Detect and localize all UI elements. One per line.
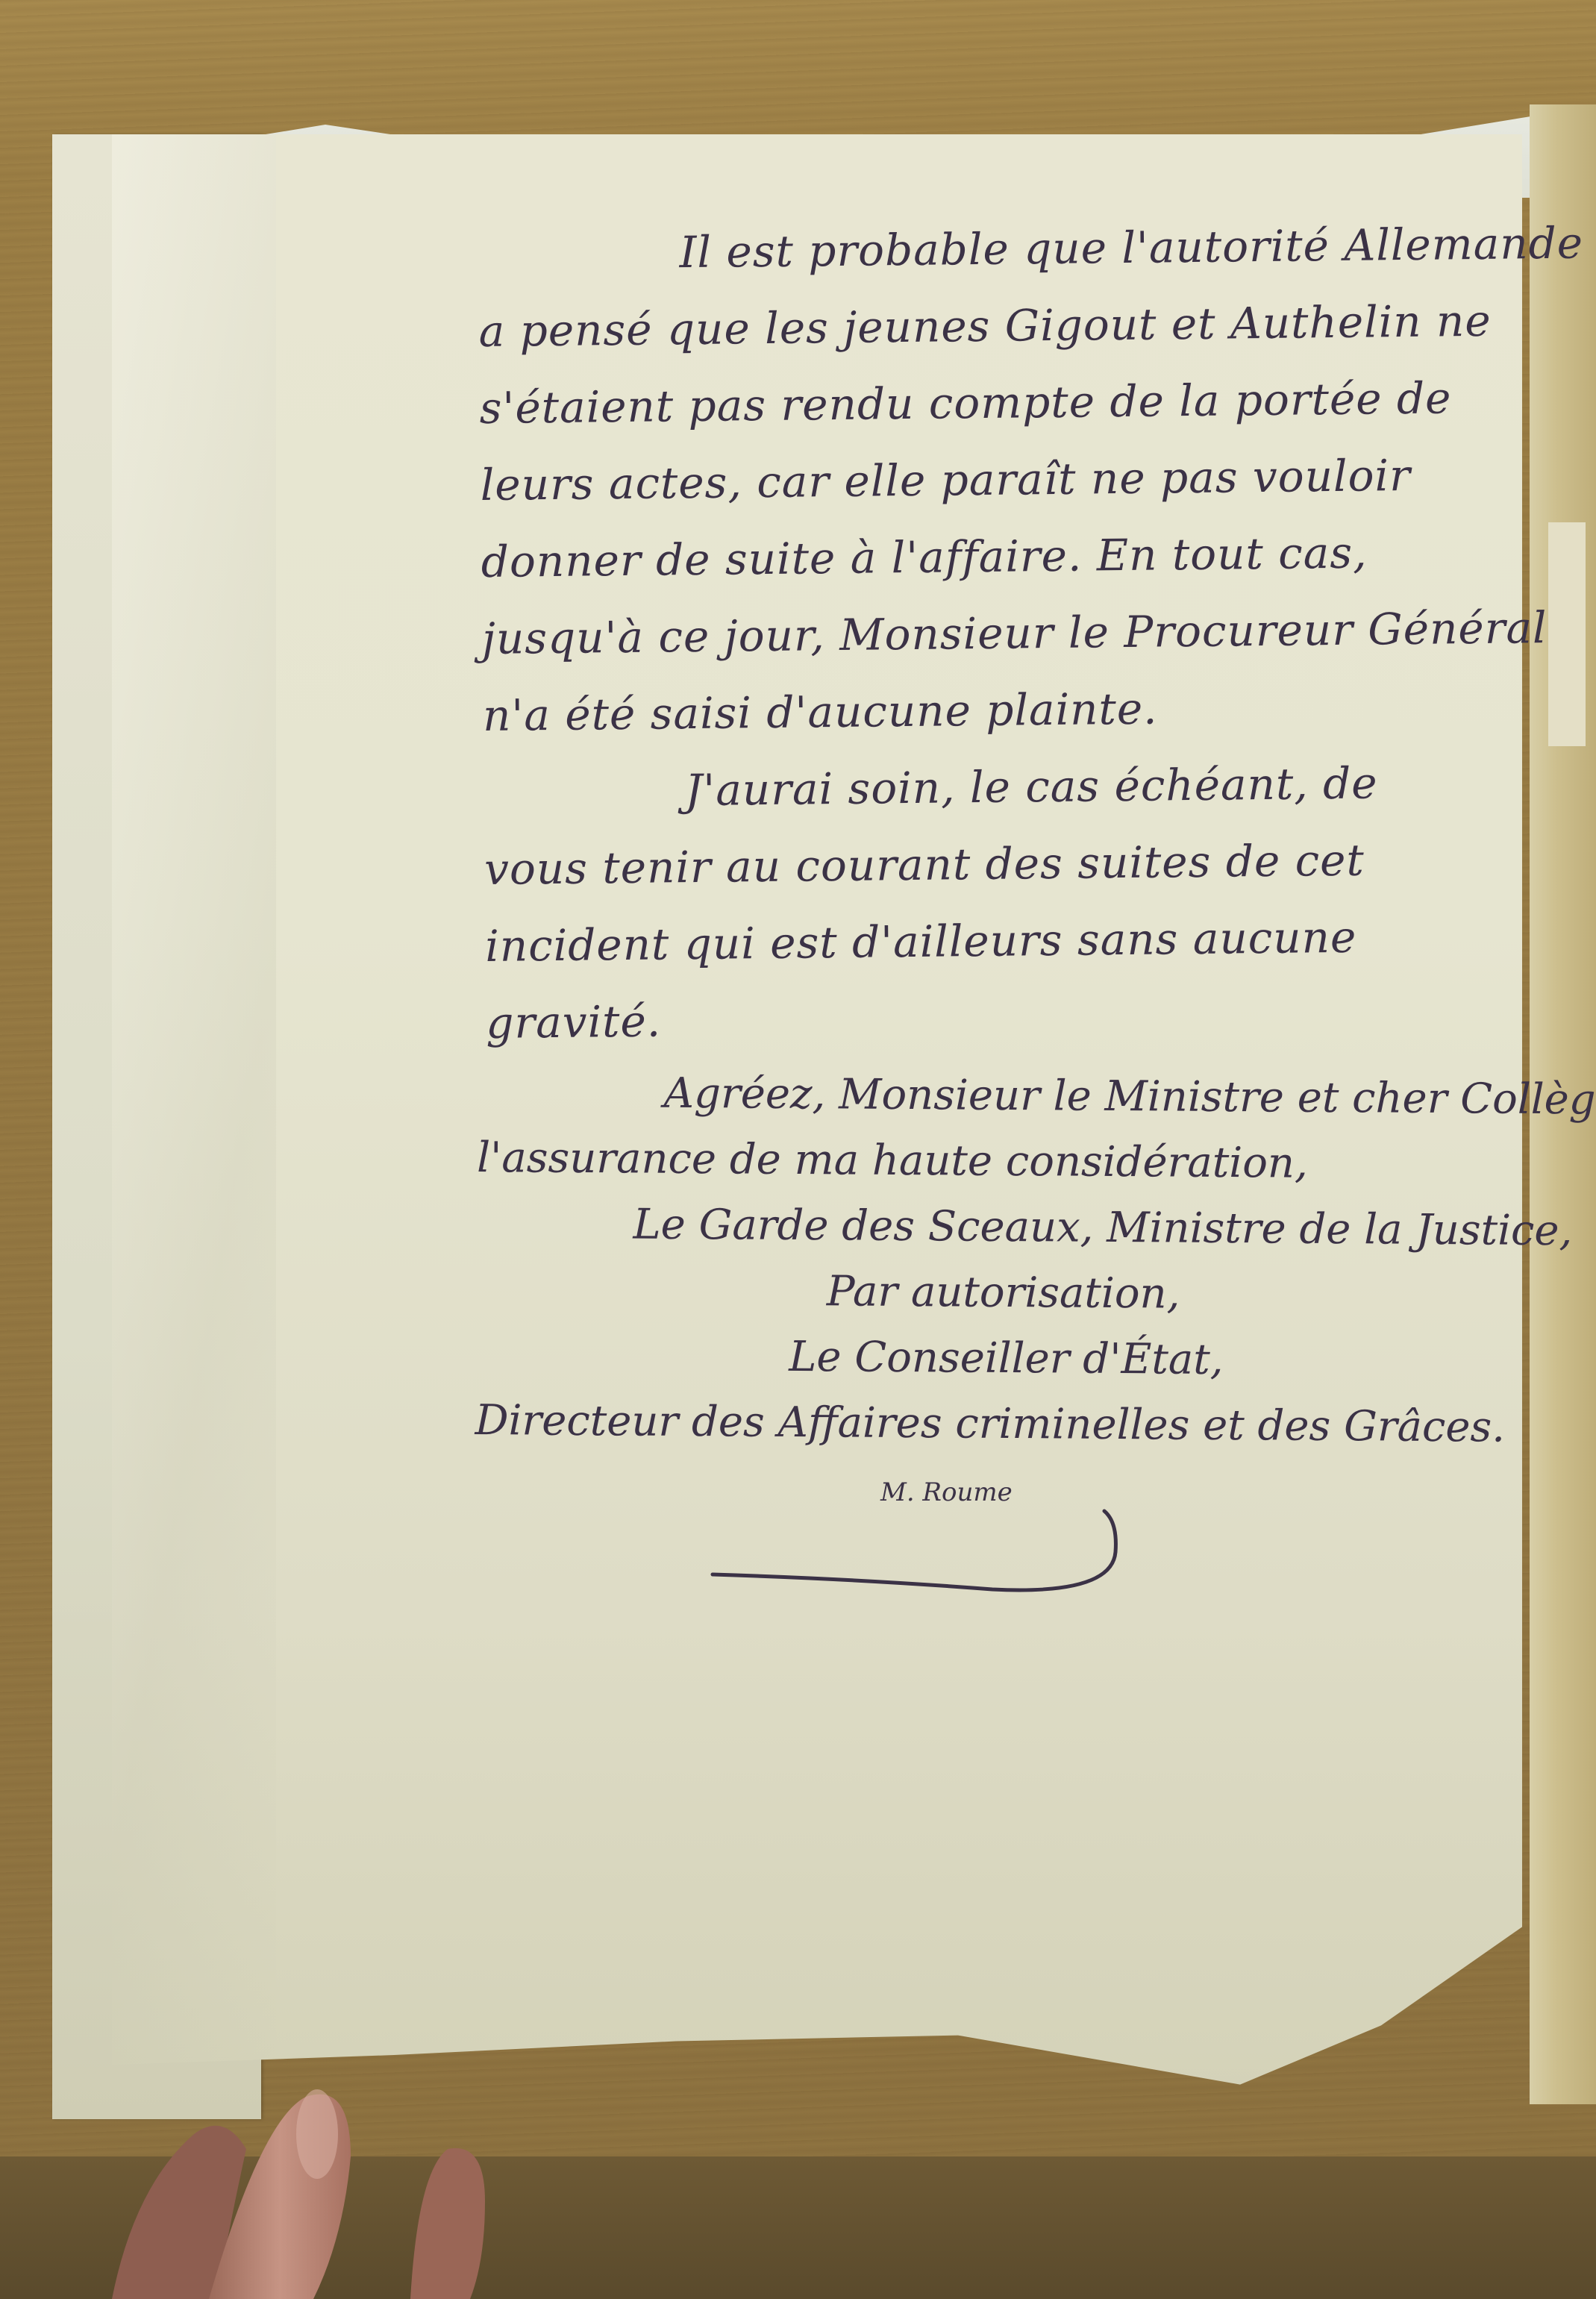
closing-line: l'assurance de ma haute considération, (477, 1125, 1522, 1198)
body-line: a pensé que les jeunes Gigout et Autheli… (478, 282, 1516, 370)
signature-flourish-icon (709, 1507, 1134, 1597)
closing-salutation: Agréez, Monsieur le Ministre et cher Col… (477, 1060, 1522, 1133)
body-line: gravité. (486, 974, 1524, 1062)
body-line: s'étaient pas rendu compte de la portée … (479, 359, 1517, 447)
letter-body: Il est probable que l'autorité Allemande… (478, 205, 1524, 1061)
body-line: J'aurai soin, le cas échéant, de (484, 743, 1521, 831)
hand-holding-page (67, 2067, 664, 2299)
signatory-department: Directeur des Affaires criminelles et de… (475, 1388, 1520, 1461)
signatory-title: Le Garde des Sceaux, Ministre de la Just… (476, 1191, 1521, 1264)
signatory-authorization: Par autorisation, (476, 1257, 1521, 1330)
body-line: incident qui est d'ailleurs sans aucune (485, 897, 1523, 985)
body-line: donner de suite à l'affaire. En tout cas… (481, 513, 1518, 601)
body-line: jusqu'à ce jour, Monsieur le Procureur G… (481, 589, 1519, 678)
body-line: n'a été saisi d'aucune plainte. (482, 666, 1520, 754)
letter-closing: Agréez, Monsieur le Ministre et cher Col… (475, 1060, 1522, 1461)
body-line: Il est probable que l'autorité Allemande (478, 205, 1515, 293)
body-line: leurs actes, car elle paraît ne pas voul… (480, 436, 1518, 524)
signatory-role: Le Conseiller d'État, (475, 1322, 1521, 1395)
body-line: vous tenir au courant des suites de cet (484, 820, 1522, 908)
underlying-sheet-tab (1548, 522, 1586, 746)
signature: M. Roume (880, 1477, 1013, 1507)
paper-fold-highlight (112, 134, 276, 2104)
